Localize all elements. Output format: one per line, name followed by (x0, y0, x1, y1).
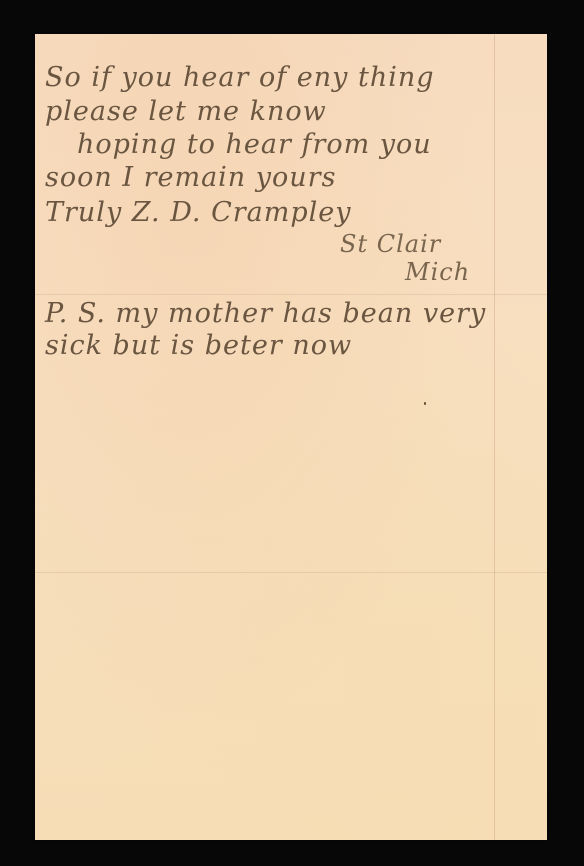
fold-crease-lower (35, 572, 547, 574)
letter-line-2: please let me know (45, 98, 327, 125)
signature-line: Truly Z. D. Crampley (45, 199, 352, 226)
postscript-line-2: sick but is beter now (45, 332, 352, 359)
letter-line-1: So if you hear of eny thing (45, 64, 435, 91)
place-city: St Clair (340, 232, 441, 256)
postscript-line-1: P. S. my mother has bean very (45, 300, 486, 327)
letter-line-3: hoping to hear from you (77, 131, 432, 158)
ink-speck (424, 402, 426, 405)
margin-rule (494, 34, 495, 840)
fold-crease-upper (35, 294, 547, 296)
letter-page: So if you hear of eny thing please let m… (35, 34, 547, 840)
place-state: Mich (405, 260, 470, 284)
letter-line-4: soon I remain yours (45, 164, 336, 191)
